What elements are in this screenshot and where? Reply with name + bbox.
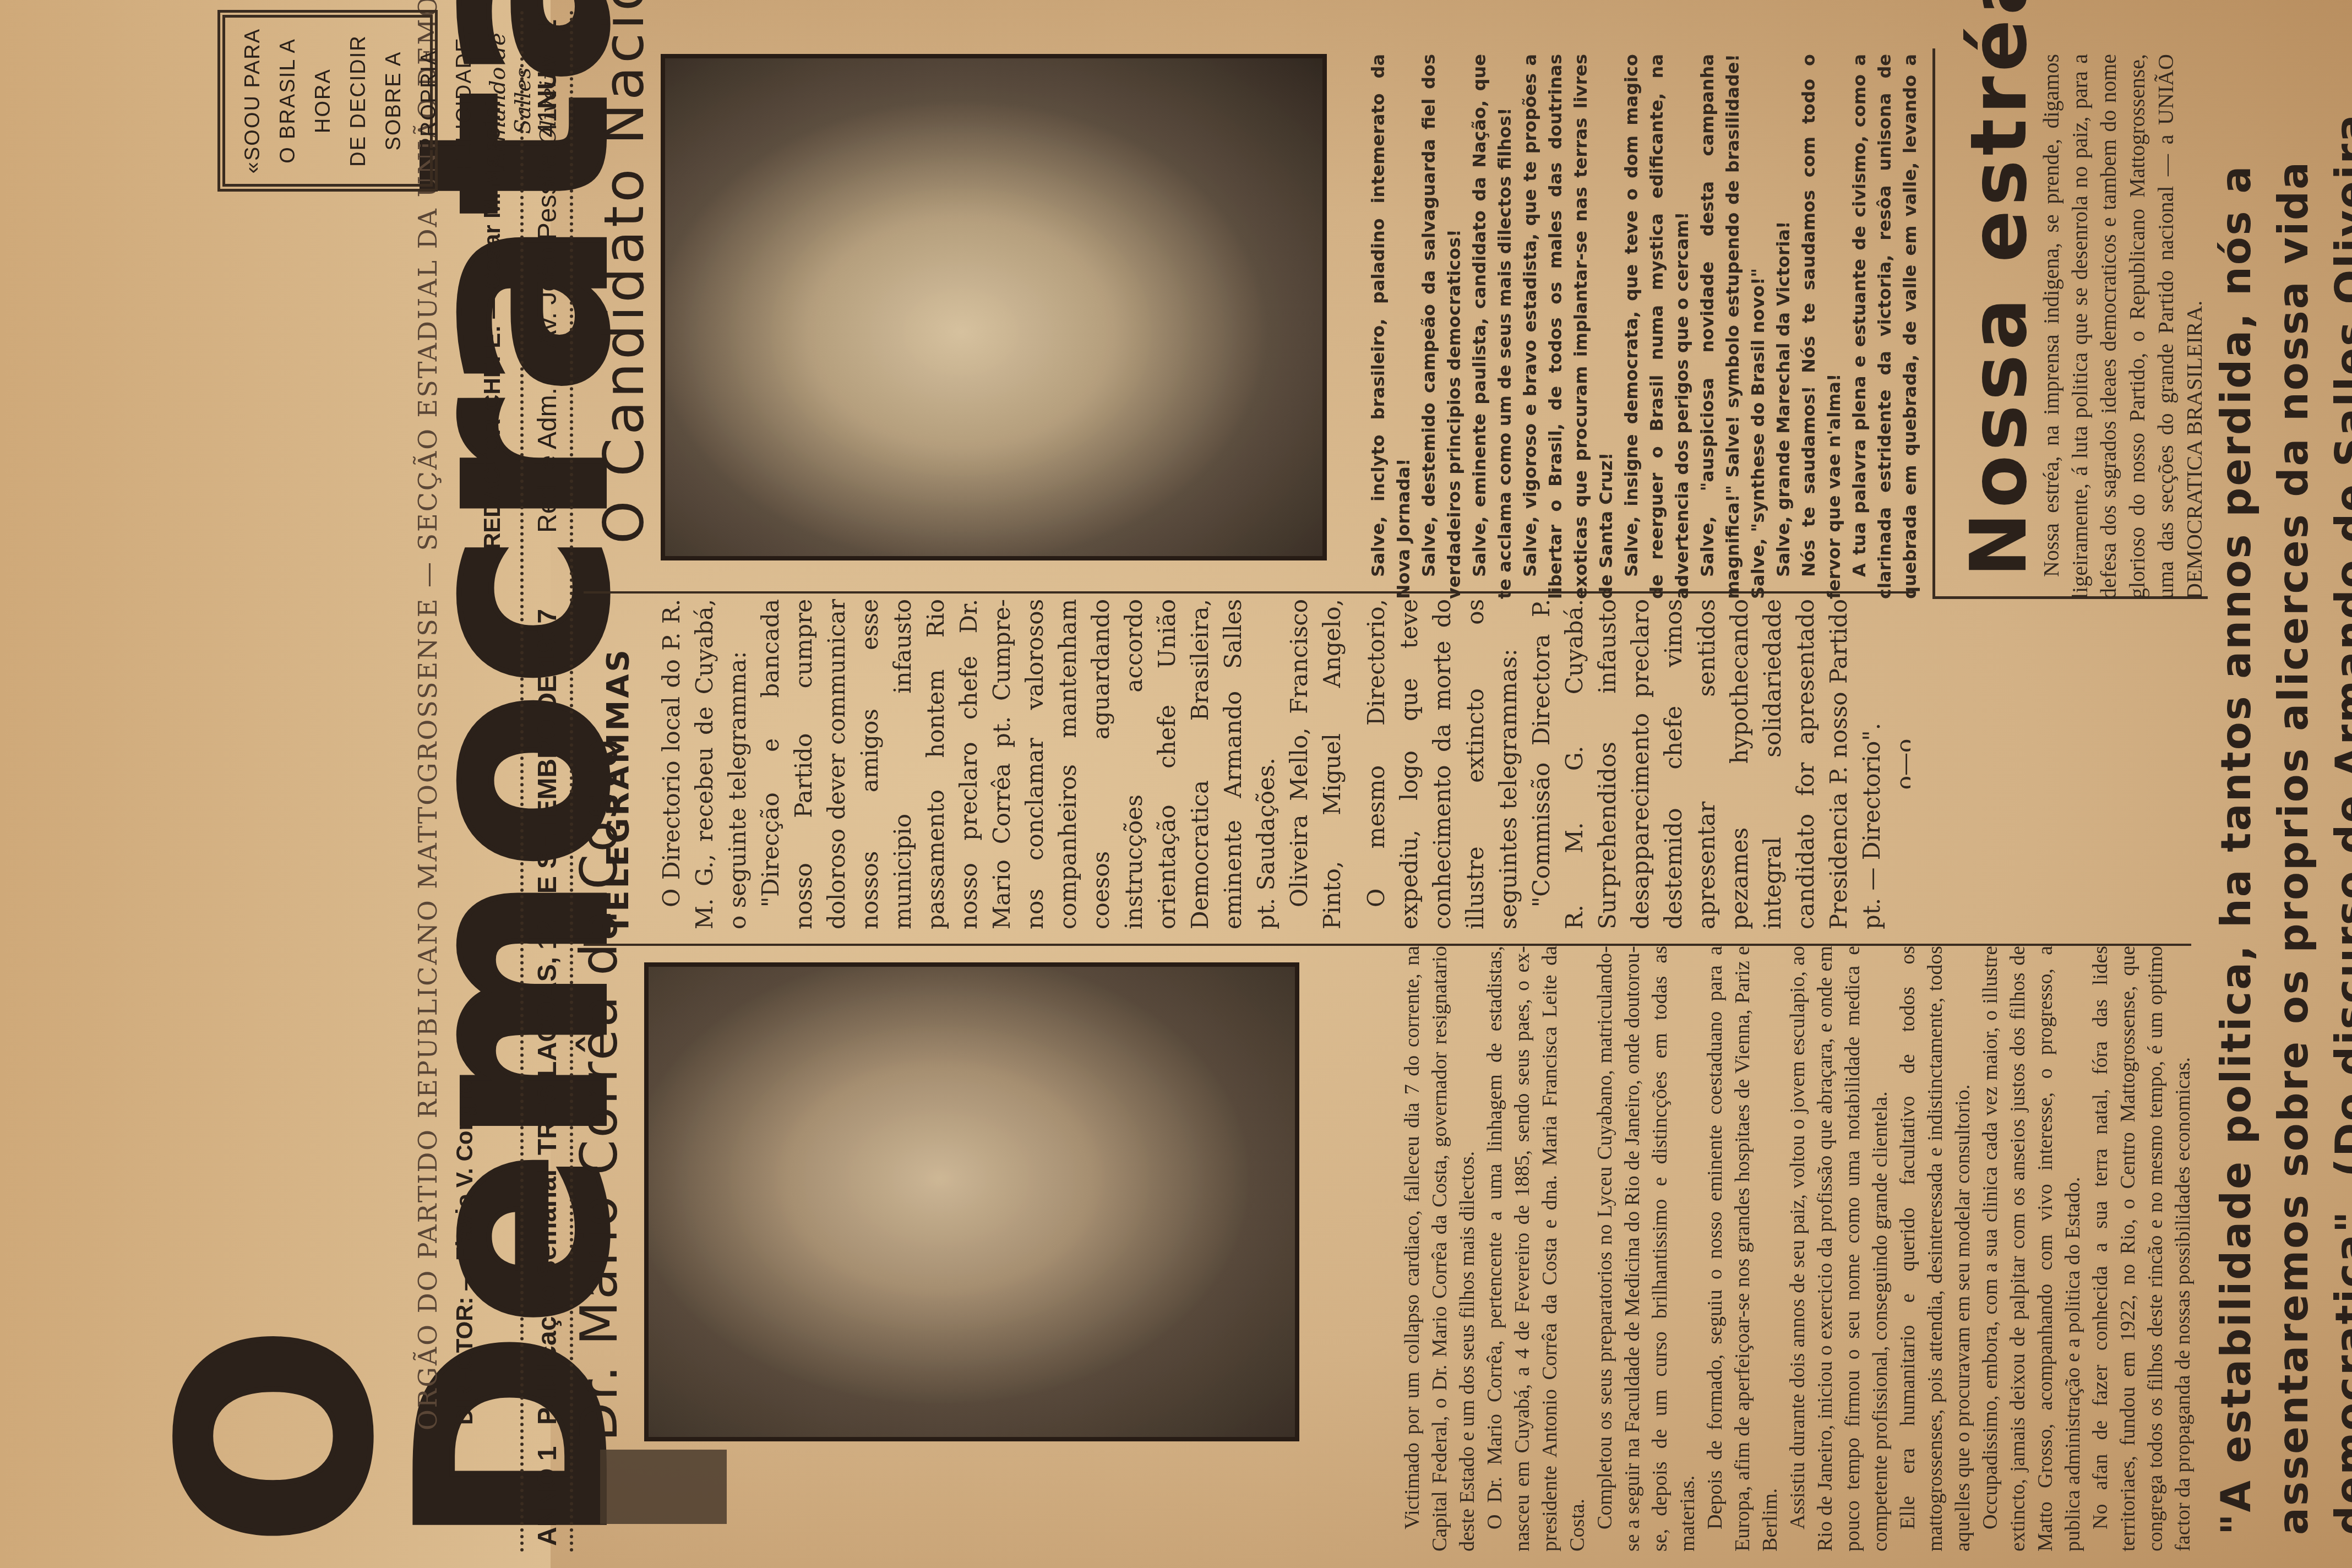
quote-line: «SOOU PARA O BRASIL A HORA — [235, 26, 341, 175]
paragraph: Salve, inclyto brasileiro, paladino inte… — [1365, 54, 1416, 599]
paragraph: "Commissão Directora P. R. M. G. Cuyabá.… — [1525, 599, 1888, 929]
quote-line: DE DECIDIR SOBRE A PROPRIA — [341, 26, 447, 175]
candidate-portrait-photo — [661, 54, 1327, 560]
paragraph: Elle era humanitario e querido facultati… — [1894, 946, 1977, 1551]
masthead-title: O Democrata — [160, 137, 396, 1546]
director-line: DIRECTOR: — Flavio V. Congro — [451, 1079, 478, 1425]
paragraph: Salve, "auspiciosa novidade desta campan… — [1695, 54, 1771, 599]
decorative-bar — [600, 1450, 727, 1524]
newspaper-page: O Democrata ORGÃO DO PARTIDO REPUBLICANO… — [0, 0, 2352, 1568]
paragraph: Occupadissimo, embora, com a sua clinica… — [1977, 946, 2087, 1551]
divider — [520, 10, 524, 1551]
separator: o—o — [1888, 599, 1910, 929]
paragraph: Completou os seus preparatorios no Lyceu… — [1591, 946, 1701, 1551]
paragraph: Em 1926, a personalidade marcante de Mar… — [2197, 946, 2202, 1551]
obituary-article: Victimado por um collapso cardiaco, fall… — [1398, 946, 2202, 1551]
masthead-quote-box: «SOOU PARA O BRASIL A HORA DE DECIDIR SO… — [217, 10, 438, 192]
paragraph: Oliveira Mello, Francisco Pinto, Miguel … — [1283, 599, 1354, 929]
paragraph: Salve, grande Marechal da Victoria! — [1771, 54, 1796, 599]
address: Red. e Adm. — Av. João Pessôa, 41 — [529, 108, 567, 533]
headline-candidato: O Candidato Nacional — [592, 0, 656, 544]
paragraph: A tua palavra plena e estuante de civism… — [1847, 54, 1927, 599]
paragraph: No afan de fazer conhecida a sua terra n… — [2087, 946, 2197, 1551]
candidato-article: Salve, inclyto brasileiro, paladino inte… — [1365, 54, 1927, 599]
quote-line: FELICIDADE. — [447, 26, 482, 175]
portrait-photo — [644, 962, 1299, 1441]
telegrammas-article: O Directorio local do P. R. M. G., receb… — [655, 599, 1354, 929]
paragraph: "Direcção e bancada nosso Partido cumpre… — [754, 599, 1283, 929]
publication-frequency: Publicação Semanal — [529, 1169, 567, 1425]
issue-year: ANNO 1 — [529, 1446, 567, 1546]
paragraph: Salve, destemido campeão da salvaguarda … — [1416, 54, 1467, 599]
box-rule — [1932, 48, 1935, 599]
paragraph: O Directorio local do P. R. M. G., receb… — [655, 599, 754, 929]
bottom-quote: "A estabilidade politica, ha tantos anno… — [2208, 15, 2352, 1535]
paragraph: O mesmo Directorio, expediu, logo que te… — [1360, 599, 1525, 929]
paragraph: Salve, insigne democrata, que teve o dom… — [1619, 54, 1695, 599]
telegrammas-article-cont: O mesmo Directorio, expediu, logo que te… — [1360, 599, 1910, 929]
issue-info-line: ANNO 1 Publicação Semanal TRES LAGOAS, 1… — [529, 10, 567, 1551]
paragraph: Nós te saudamos! Nós te saudamos com tod… — [1796, 54, 1847, 599]
paragraph: Nossa estréa, na imprensa indigena, se p… — [2037, 54, 2202, 599]
place-date: TRES LAGOAS, 12 DE SETEMBRO DE 1937 — [529, 609, 567, 1155]
organ-line: ORGÃO DO PARTIDO REPUBLICANO MATTOGROSSE… — [413, 164, 443, 1430]
paragraph: Salve, vigoroso e bravo estadista, que t… — [1517, 54, 1619, 599]
column-rule — [584, 944, 2191, 946]
paragraph: O Dr. Mario Corrêa, pertencente a uma li… — [1481, 946, 1591, 1551]
paragraph: Salve, eminente paulista, candidato da N… — [1467, 54, 1517, 599]
paragraph: Assistiu durante dois annos de seu paiz,… — [1784, 946, 1894, 1551]
nossa-estrea-article: Nossa estréa, na imprensa indigena, se p… — [2037, 54, 2202, 599]
headline-nossa-estrea: Nossa estréa — [1954, 0, 2044, 577]
issue-number: NUM. 1 — [529, 19, 567, 109]
headline-telegrammas: TELEGRAMMAS — [600, 647, 636, 935]
paragraph: Victimado por um collapso cardiaco, fall… — [1398, 946, 1481, 1551]
paragraph: Depois de formado, seguiu o nosso eminen… — [1701, 946, 1784, 1551]
